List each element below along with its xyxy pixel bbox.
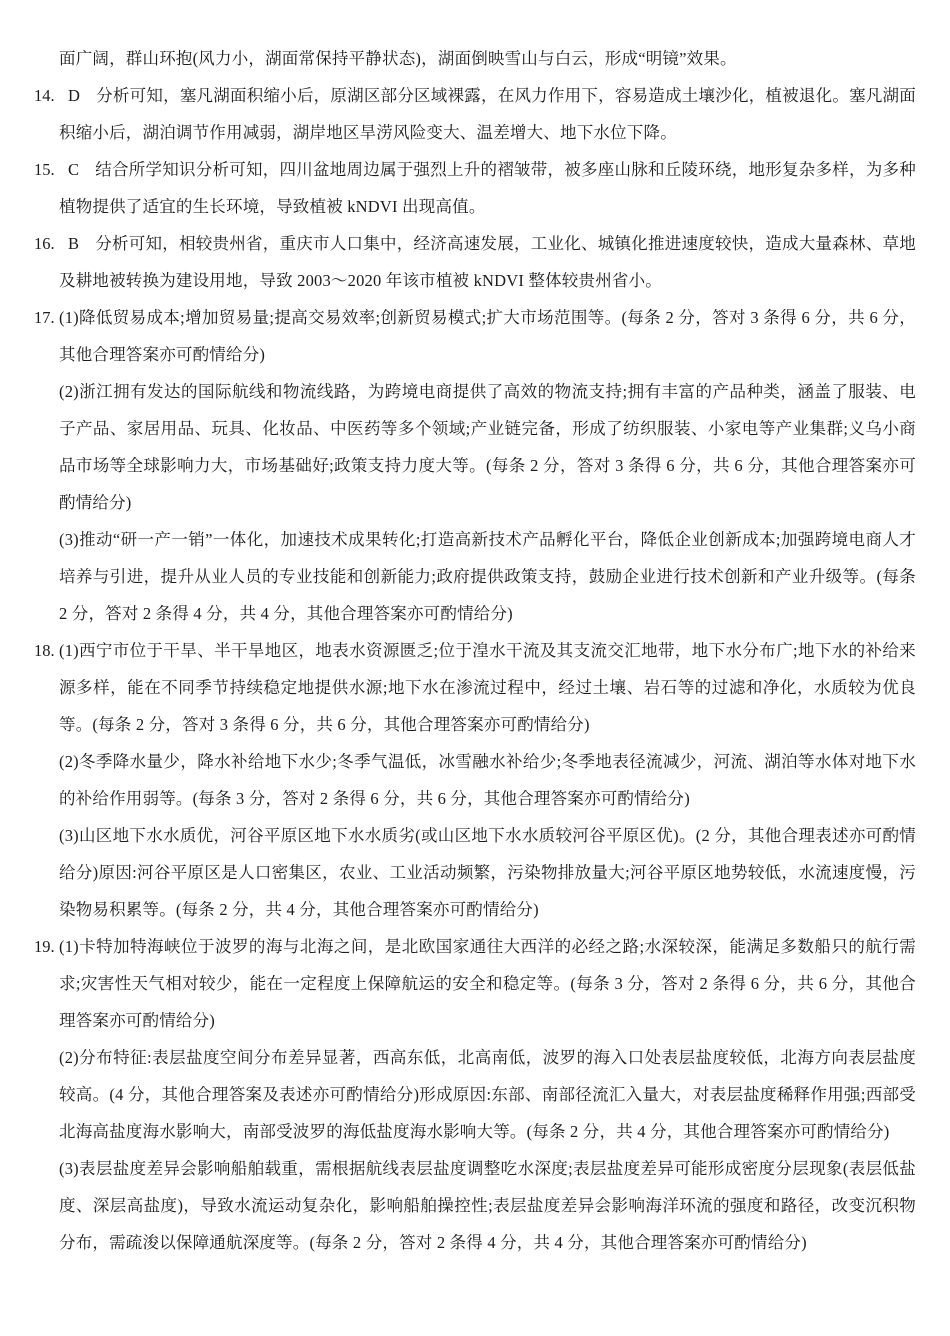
question-number: 19. [34, 928, 55, 965]
answer-paragraph-part-3: (3)推动“研一产一销”一体化，加速技术成果转化;打造高新技术产品孵化平台，降低… [59, 521, 916, 632]
answer-paragraph-part-1: (1)西宁市位于干旱、半干旱地区，地表水资源匮乏;位于湟水干流及其支流交汇地带，… [59, 632, 916, 743]
answer-item-13-continuation: 面广阔，群山环抱(风力小，湖面常保持平静状态)，湖面倒映雪山与白云，形成“明镜”… [59, 40, 916, 77]
question-number: 17. [34, 299, 55, 336]
answer-item-14: 14. D分析可知，塞凡湖面积缩小后，原湖区部分区域裸露，在风力作用下，容易造成… [59, 77, 916, 151]
answer-item-18: 18. (1)西宁市位于干旱、半干旱地区，地表水资源匮乏;位于湟水干流及其支流交… [59, 632, 916, 928]
question-number: 15. [34, 151, 55, 188]
answer-letter: D [68, 77, 80, 114]
analysis-text: 结合所学知识分析可知，四川盆地周边属于强烈上升的褶皱带，被多座山脉和丘陵环绕，地… [59, 160, 916, 216]
answer-item-16: 16. B分析可知，相较贵州省，重庆市人口集中，经济高速发展，工业化、城镇化推进… [59, 225, 916, 299]
answer-paragraph-part-3: (3)表层盐度差异会影响船舶载重，需根据航线表层盐度调整吃水深度;表层盐度差异可… [59, 1150, 916, 1261]
answer-letter: C [68, 151, 79, 188]
answer-paragraph-part-1: (1)卡特加特海峡位于波罗的海与北海之间，是北欧国家通往大西洋的必经之路;水深较… [59, 928, 916, 1039]
answer-item-15: 15. C结合所学知识分析可知，四川盆地周边属于强烈上升的褶皱带，被多座山脉和丘… [59, 151, 916, 225]
answer-key-page: 面广阔，群山环抱(风力小，湖面常保持平静状态)，湖面倒映雪山与白云，形成“明镜”… [59, 40, 916, 1261]
analysis-text: 分析可知，塞凡湖面积缩小后，原湖区部分区域裸露，在风力作用下，容易造成土壤沙化，… [59, 86, 916, 142]
answer-paragraph: 面广阔，群山环抱(风力小，湖面常保持平静状态)，湖面倒映雪山与白云，形成“明镜”… [59, 40, 916, 77]
question-number: 16. [34, 225, 55, 262]
answer-paragraph-part-2: (2)浙江拥有发达的国际航线和物流线路，为跨境电商提供了高效的物流支持;拥有丰富… [59, 373, 916, 521]
answer-paragraph-part-3: (3)山区地下水水质优，河谷平原区地下水水质劣(或山区地下水水质较河谷平原区优)… [59, 817, 916, 928]
answer-paragraph-part-2: (2)冬季降水量少，降水补给地下水少;冬季气温低，冰雪融水补给少;冬季地表径流减… [59, 743, 916, 817]
question-number: 18. [34, 632, 55, 669]
answer-paragraph: B分析可知，相较贵州省，重庆市人口集中，经济高速发展，工业化、城镇化推进速度较快… [59, 225, 916, 299]
question-number: 14. [34, 77, 55, 114]
answer-item-17: 17. (1)降低贸易成本;增加贸易量;提高交易效率;创新贸易模式;扩大市场范围… [59, 299, 916, 632]
answer-item-19: 19. (1)卡特加特海峡位于波罗的海与北海之间，是北欧国家通往大西洋的必经之路… [59, 928, 916, 1261]
analysis-text: 分析可知，相较贵州省，重庆市人口集中，经济高速发展，工业化、城镇化推进速度较快，… [59, 234, 916, 290]
answer-paragraph-part-1: (1)降低贸易成本;增加贸易量;提高交易效率;创新贸易模式;扩大市场范围等。(每… [59, 299, 916, 373]
answer-paragraph: C结合所学知识分析可知，四川盆地周边属于强烈上升的褶皱带，被多座山脉和丘陵环绕，… [59, 151, 916, 225]
answer-paragraph: D分析可知，塞凡湖面积缩小后，原湖区部分区域裸露，在风力作用下，容易造成土壤沙化… [59, 77, 916, 151]
answer-paragraph-part-2: (2)分布特征:表层盐度空间分布差异显著，西高东低，北高南低，波罗的海入口处表层… [59, 1039, 916, 1150]
answer-letter: B [68, 225, 79, 262]
